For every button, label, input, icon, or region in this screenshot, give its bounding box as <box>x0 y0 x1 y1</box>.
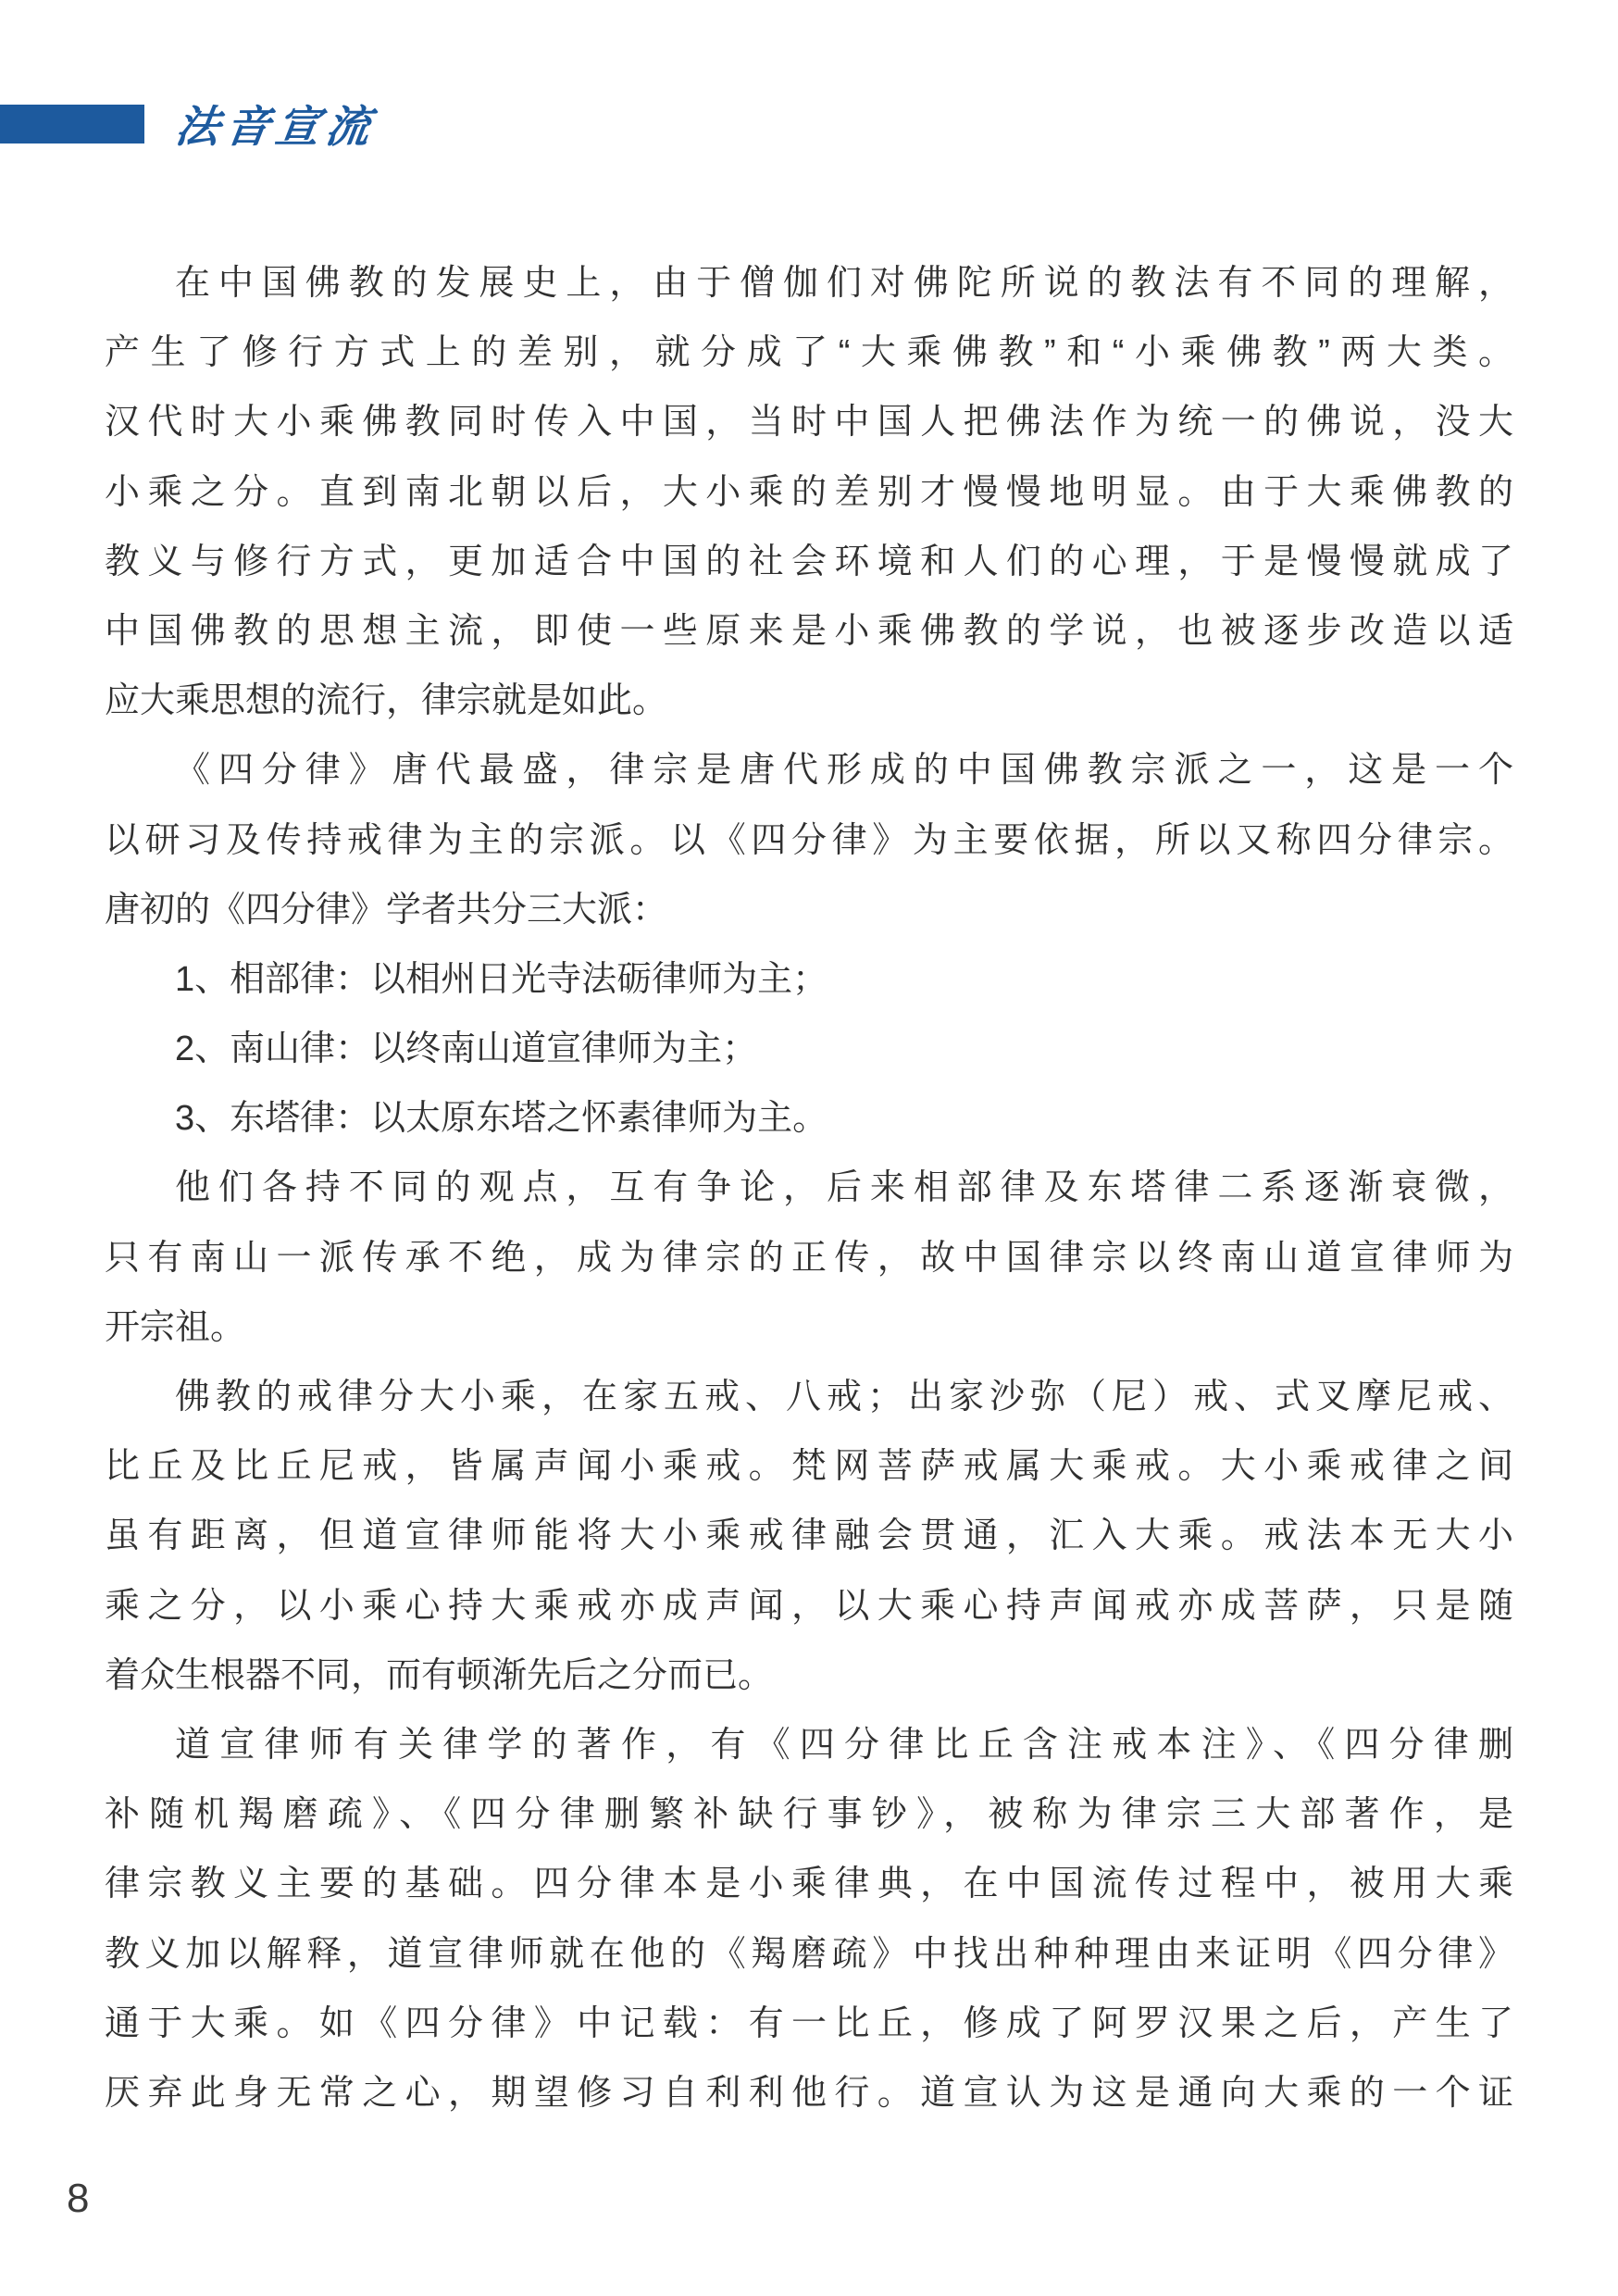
text-line: 比丘及比丘尼戒，皆属声闻小乘戒。梵网菩萨戒属大乘戒。大小乘戒律之间 <box>105 1432 1513 1502</box>
text-line: 2、南山律：以终南山道宣律师为主； <box>105 1015 1513 1084</box>
text-line: 小乘之分。直到南北朝以后，大小乘的差别才慢慢地明显。由于大乘佛教的 <box>105 458 1513 528</box>
text-line: 汉代时大小乘佛教同时传入中国，当时中国人把佛法作为统一的佛说，没大 <box>105 388 1513 457</box>
text-line: 他们各持不同的观点，互有争论，后来相部律及东塔律二系逐渐衰微， <box>105 1154 1513 1223</box>
text-line: 补随机羯磨疏》、《四分律删繁补缺行事钞》，被称为律宗三大部著作，是 <box>105 1780 1513 1850</box>
text-line: 道宣律师有关律学的著作，有《四分律比丘含注戒本注》、《四分律删 <box>105 1711 1513 1780</box>
text-line: 通于大乘。如《四分律》中记载：有一比丘，修成了阿罗汉果之后，产生了 <box>105 1990 1513 2059</box>
text-line: 在中国佛教的发展史上，由于僧伽们对佛陀所说的教法有不同的理解， <box>105 249 1513 318</box>
text-line: 教义与修行方式，更加适合中国的社会环境和人们的心理，于是慢慢就成了 <box>105 528 1513 597</box>
text-line: 以研习及传持戒律为主的宗派。以《四分律》为主要依据，所以又称四分律宗。 <box>105 806 1513 876</box>
document-page: 法音宣流 在中国佛教的发展史上，由于僧伽们对佛陀所说的教法有不同的理解，产生了修… <box>0 0 1618 2296</box>
text-line: 教义加以解释，道宣律师就在他的《羯磨疏》中找出种种理由来证明《四分律》 <box>105 1920 1513 1990</box>
page-number: 8 <box>67 2176 89 2222</box>
text-line: 律宗教义主要的基础。四分律本是小乘律典，在中国流传过程中，被用大乘 <box>105 1850 1513 1919</box>
text-line: 应大乘思想的流行，律宗就是如此。 <box>105 667 1513 736</box>
text-line: 中国佛教的思想主流，即使一些原来是小乘佛教的学说，也被逐步改造以适 <box>105 597 1513 667</box>
text-line: 唐初的《四分律》学者共分三大派： <box>105 876 1513 945</box>
text-line: 开宗祖。 <box>105 1293 1513 1363</box>
text-line: 佛教的戒律分大小乘，在家五戒、八戒；出家沙弥（尼）戒、式叉摩尼戒、 <box>105 1363 1513 1432</box>
text-block: 在中国佛教的发展史上，由于僧伽们对佛陀所说的教法有不同的理解，产生了修行方式上的… <box>105 249 1513 2128</box>
magazine-logo: 法音宣流 <box>172 93 380 155</box>
text-line: 《四分律》唐代最盛，律宗是唐代形成的中国佛教宗派之一，这是一个 <box>105 736 1513 805</box>
text-line: 乘之分，以小乘心持大乘戒亦成声闻，以大乘心持声闻戒亦成菩萨，只是随 <box>105 1572 1513 1641</box>
text-line: 只有南山一派传承不绝，成为律宗的正传，故中国律宗以终南山道宣律师为 <box>105 1224 1513 1293</box>
header-accent-bar <box>0 105 144 143</box>
text-line: 1、相部律：以相州日光寺法砺律师为主； <box>105 945 1513 1015</box>
text-line: 3、东塔律：以太原东塔之怀素律师为主。 <box>105 1084 1513 1154</box>
text-line: 虽有距离，但道宣律师能将大小乘戒律融会贯通，汇入大乘。戒法本无大小 <box>105 1502 1513 1571</box>
text-line: 着众生根器不同，而有顿渐先后之分而已。 <box>105 1641 1513 1711</box>
text-line: 厌弃此身无常之心，期望修习自利利他行。道宣认为这是通向大乘的一个证 <box>105 2059 1513 2128</box>
text-line: 产生了修行方式上的差别，就分成了“大乘佛教”和“小乘佛教”两大类。 <box>105 318 1513 388</box>
